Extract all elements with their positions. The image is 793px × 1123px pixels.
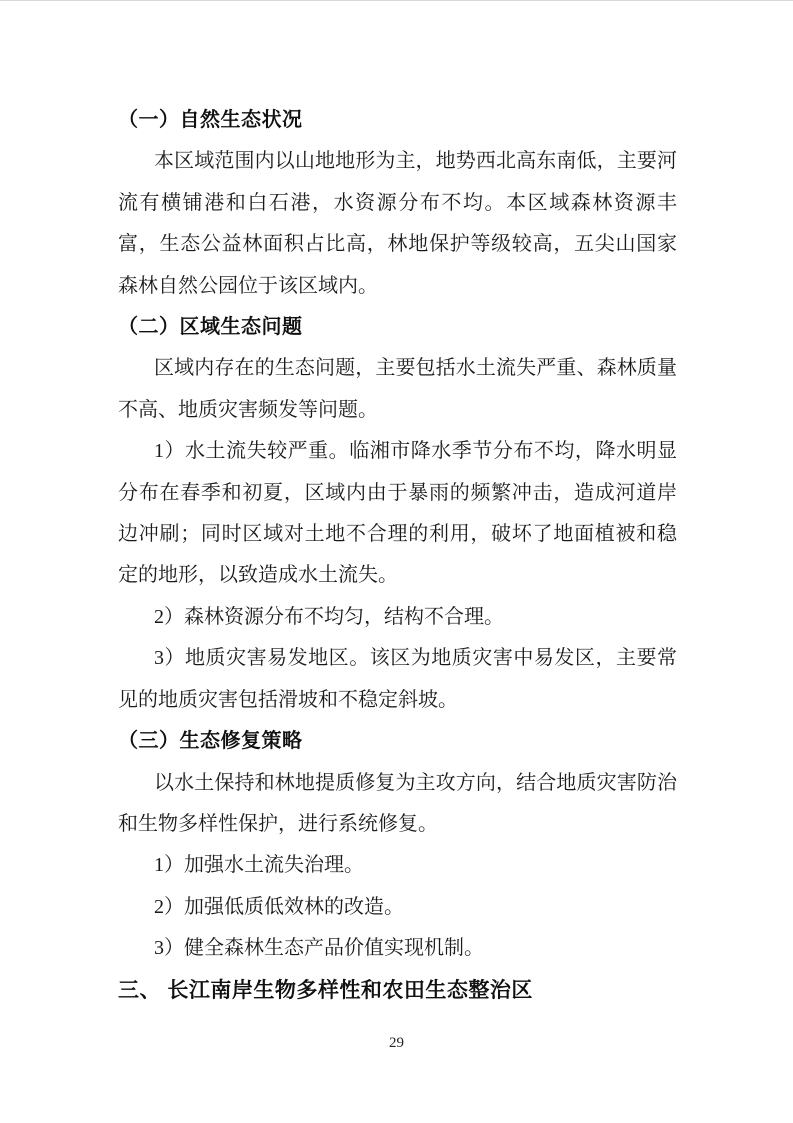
page-number: 29 bbox=[0, 1035, 793, 1052]
paragraph: 本区域范围内以山地地形为主，地势西北高东南低，主要河流有横铺港和白石港，水资源分… bbox=[118, 141, 677, 307]
paragraph: 以水土保持和林地提质修复为主攻方向，结合地质灾害防治和生物多样性保护，进行系统修… bbox=[118, 763, 677, 846]
document-page: { "document": { "sections": [ { "heading… bbox=[0, 0, 793, 1123]
section-heading-regional-problems: （二）区域生态问题 bbox=[118, 307, 677, 348]
numbered-item: 3）健全森林生态产品价值实现机制。 bbox=[118, 928, 677, 969]
page-content: （一）自然生态状况 本区域范围内以山地地形为主，地势西北高东南低，主要河流有横铺… bbox=[0, 1, 793, 1011]
numbered-item: 1）加强水土流失治理。 bbox=[118, 845, 677, 886]
numbered-item: 2）森林资源分布不均匀，结构不合理。 bbox=[118, 597, 677, 638]
section-heading-restoration-strategy: （三）生态修复策略 bbox=[118, 721, 677, 762]
numbered-item: 3）地质灾害易发地区。该区为地质灾害中易发区，主要常见的地质灾害包括滑坡和不稳定… bbox=[118, 638, 677, 721]
section-heading-natural-ecology: （一）自然生态状况 bbox=[118, 100, 677, 141]
numbered-item: 1）水土流失较严重。临湘市降水季节分布不均，降水明显分布在春季和初夏，区域内由于… bbox=[118, 431, 677, 597]
numbered-item: 2）加强低质低效林的改造。 bbox=[118, 887, 677, 928]
paragraph: 区域内存在的生态问题，主要包括水土流失严重、森林质量不高、地质灾害频发等问题。 bbox=[118, 348, 677, 431]
major-section-heading: 三、 长江南岸生物多样性和农田生态整治区 bbox=[118, 970, 677, 1011]
